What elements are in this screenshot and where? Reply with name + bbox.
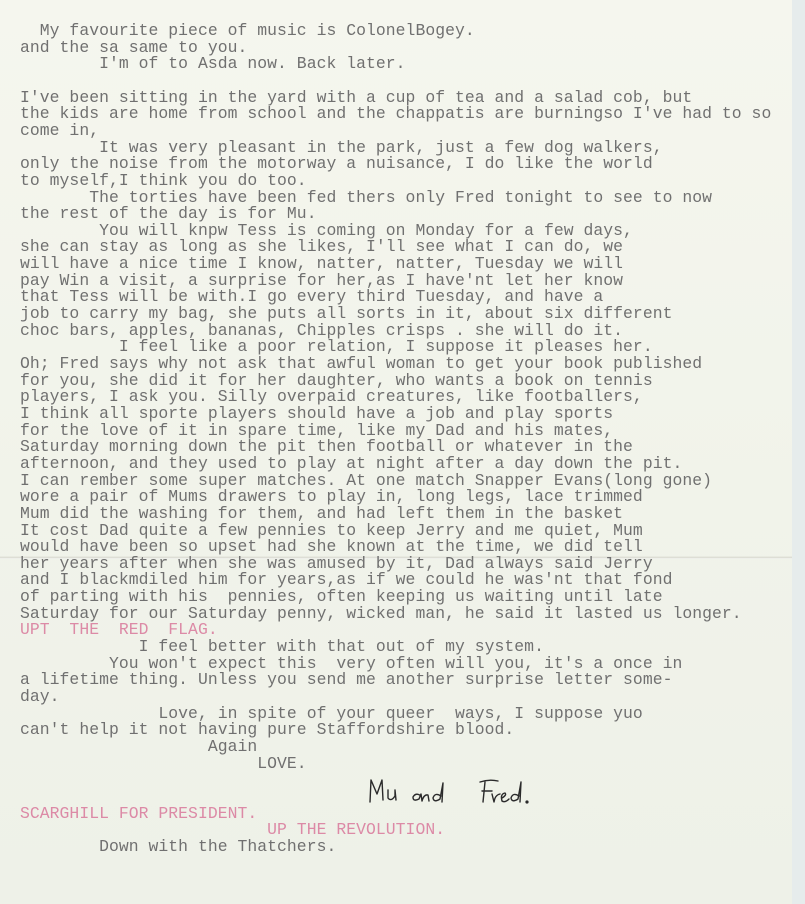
letter-line: will have a nice time I know, natter, na… — [20, 255, 623, 272]
letter-line: and the sa same to you. — [20, 39, 247, 56]
letter-line: Oh; Fred says why not ask that awful wom… — [20, 355, 702, 372]
letter-line: afternoon, and they used to play at nigh… — [20, 455, 682, 472]
letter-line: I'm of to Asda now. Back later. — [20, 55, 406, 72]
letter-line: that Tess will be with.I go every third … — [20, 288, 603, 305]
letter-line: I think all sporte players should have a… — [20, 405, 613, 422]
handwritten-signature: Mu and Fred. — [364, 772, 564, 812]
letter-line: Love, in spite of your queer ways, I sup… — [20, 705, 643, 722]
letter-line: It was very pleasant in the park, just a… — [20, 139, 663, 156]
letter-line: I feel better with that out of my system… — [20, 638, 544, 655]
letter-line: a lifetime thing. Unless you send me ano… — [20, 671, 672, 688]
letter-line: players, I ask you. Silly overpaid creat… — [20, 388, 643, 405]
letter-line: UPT THE RED FLAG. — [20, 621, 218, 638]
letter-line: Down with the Thatchers. — [20, 838, 336, 855]
letter-line: job to carry my bag, she puts all sorts … — [20, 305, 672, 322]
letter-line: come in, — [20, 122, 99, 139]
letter-line: I feel like a poor relation, I suppose i… — [20, 338, 653, 355]
letter-line: Mum did the washing for them, and had le… — [20, 505, 623, 522]
letter-line: SCARGHILL FOR PRESIDENT. — [20, 805, 257, 822]
letter-line: for you, she did it for her daughter, wh… — [20, 372, 653, 389]
signature-scribble-icon — [364, 772, 564, 812]
letter-line: I can rember some super matches. At one … — [20, 472, 712, 489]
letter-line: I've been sitting in the yard with a cup… — [20, 89, 692, 106]
letter-line: she can stay as long as she likes, I'll … — [20, 238, 623, 255]
letter-line: Saturday for our Saturday penny, wicked … — [20, 605, 742, 622]
letter-line: My favourite piece of music is ColonelBo… — [20, 22, 475, 39]
letter-line: day. — [20, 688, 60, 705]
letter-line: The torties have been fed thers only Fre… — [20, 189, 712, 206]
letter-line: for the love of it in spare time, like m… — [20, 422, 613, 439]
letter-line: and I blackmdiled him for years,as if we… — [20, 571, 672, 588]
letter-line: Again — [20, 738, 257, 755]
letter-line: UP THE REVOLUTION. — [20, 821, 445, 838]
page-edge — [792, 0, 805, 904]
letter-line: of parting with his pennies, often keepi… — [20, 588, 663, 605]
letter-line: pay Win a visit, a surprise for her,as I… — [20, 272, 623, 289]
letter-line: only the noise from the motorway a nuisa… — [20, 155, 653, 172]
letter-line: the rest of the day is for Mu. — [20, 205, 317, 222]
letter-line: her years after when she was amused by i… — [20, 555, 653, 572]
letter-line: You will knpw Tess is coming on Monday f… — [20, 222, 633, 239]
letter-line: can't help it not having pure Staffordsh… — [20, 721, 514, 738]
letter-line: the kids are home from school and the ch… — [20, 105, 771, 122]
letter-line: It cost Dad quite a few pennies to keep … — [20, 522, 643, 539]
letter-line: choc bars, apples, bananas, Chipples cri… — [20, 322, 623, 339]
letter-line: You won't expect this very often will yo… — [20, 655, 682, 672]
letter-line: Saturday morning down the pit then footb… — [20, 438, 633, 455]
letter-line: to myself,I think you do too. — [20, 172, 307, 189]
letter-line: LOVE. — [20, 755, 307, 772]
letter-line: wore a pair of Mums drawers to play in, … — [20, 488, 643, 505]
letter-line: would have been so upset had she known a… — [20, 538, 643, 555]
